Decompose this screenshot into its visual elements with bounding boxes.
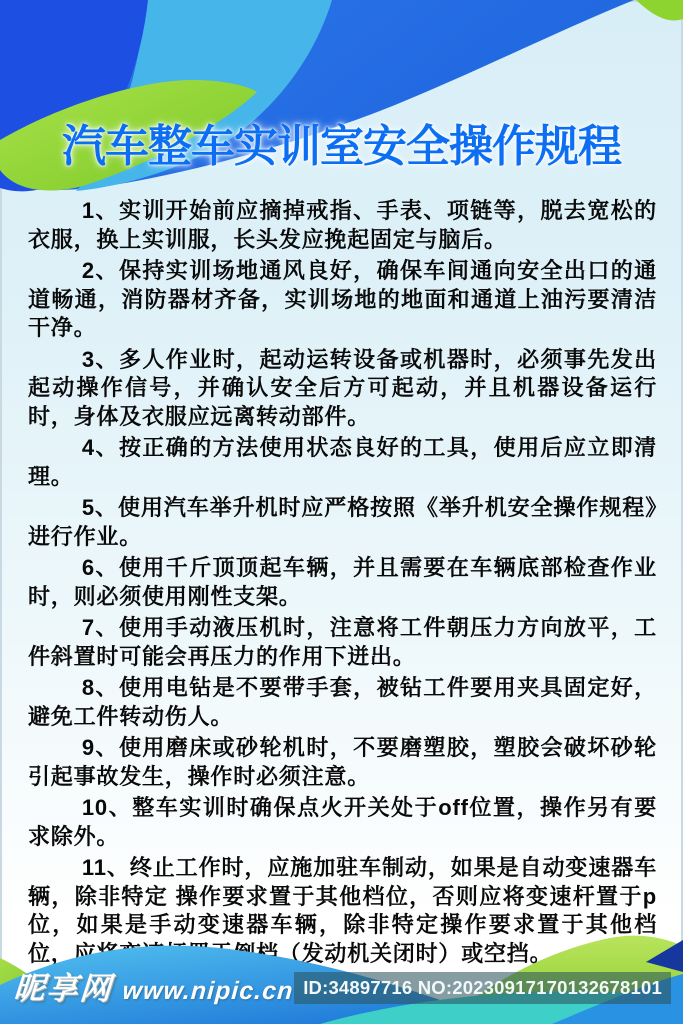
rule-item-5: 5、使用汽车举升机时应严格按照《举升机安全操作规程》进行作业。 <box>28 494 657 551</box>
site-watermark: 昵享网 www.nipic.cn <box>12 963 295 1008</box>
top-wave-decoration <box>0 0 683 230</box>
rule-item-4: 4、按正确的方法使用状态良好的工具，使用后应立即清理。 <box>28 434 657 491</box>
rule-item-11: 11、终止工作时，应施加驻车制动，如果是自动变速器车辆，除非特定 操作要求置于其… <box>28 854 657 968</box>
rule-item-10: 10、整车实训时确保点火开关处于off位置，操作另有要求除外。 <box>28 794 657 851</box>
rule-item-8: 8、使用电钻是不要带手套，被钻工件要用夹具固定好，避免工件转动伤人。 <box>28 674 657 731</box>
rule-item-7: 7、使用手动液压机时，注意将工件朝压力方向放平，工件斜置时可能会再压力的作用下迸… <box>28 614 657 671</box>
rule-item-2: 2、保持实训场地通风良好，确保车间通向安全出口的通道畅通，消防器材齐备，实训场地… <box>28 257 657 343</box>
green-corner-crescent-shape <box>636 0 683 21</box>
page-title: 汽车整车实训室安全操作规程 <box>0 122 683 173</box>
safety-rules-poster: 汽车整车实训室安全操作规程 1、实训开始前应摘掉戒指、手表、项链等，脱去宽松的衣… <box>0 0 683 1024</box>
rule-item-1: 1、实训开始前应摘掉戒指、手表、项链等，脱去宽松的衣服，换上实训服，长头发应挽起… <box>28 197 657 254</box>
rule-item-3: 3、多人作业时，起动运转设备或机器时，必须事先发出起动操作信号，并确认安全后方可… <box>28 346 657 432</box>
nipic-logo: 昵享网 <box>12 963 114 1008</box>
site-url-text: www.nipic.cn <box>122 977 295 1006</box>
rule-item-6: 6、使用千斤顶顶起车辆，并且需要在车辆底部检查作业时，则必须使用刚性支架。 <box>28 554 657 611</box>
image-id-badge: ID:34897716 NO:20230917170132678101 <box>294 972 671 1004</box>
rule-item-9: 9、使用磨床或砂轮机时，不要磨塑胶，塑胶会破坏砂轮引起事故发生，操作时必须注意。 <box>28 734 657 791</box>
rules-list: 1、实训开始前应摘掉戒指、手表、项链等，脱去宽松的衣服，换上实训服，长头发应挽起… <box>28 197 657 971</box>
